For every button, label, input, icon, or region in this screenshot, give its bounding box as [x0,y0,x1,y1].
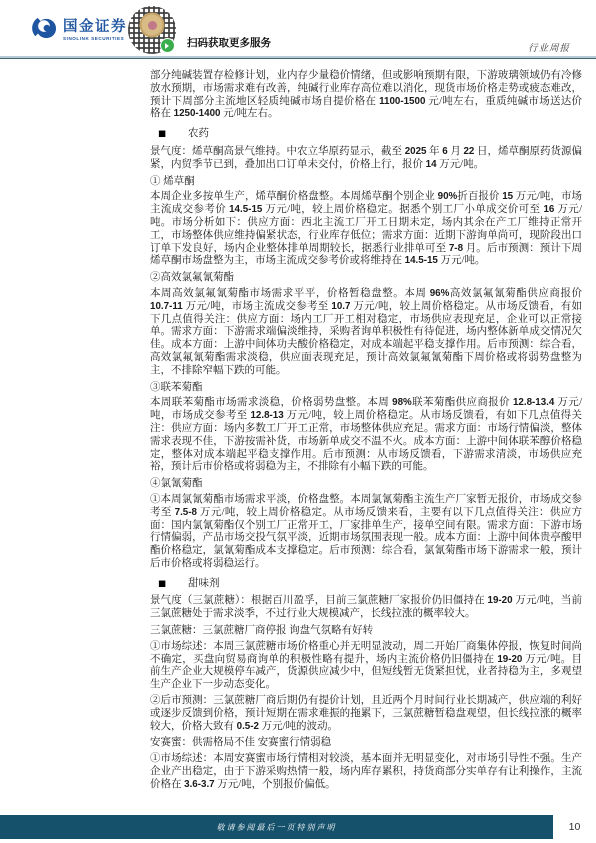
sinolink-logo-icon [30,15,57,47]
report-paragraph: 景气度：烯草酮高景气维持。中农立华原药显示，截至 2025 年 6 月 22 日… [150,146,582,172]
report-paragraph: 本周高效氯氟氰菊酯市场需求平平，价格暂稳盘整。本周 96%高效氯氟氰菊酯供应商报… [150,288,582,378]
report-paragraph: 景气度（三氯蔗糖）：根据百川盈孚，目前三氯蔗糖厂家报价仍旧僵持在 19-20 万… [150,595,582,621]
report-paragraph: 本周联苯菊酯市场需求淡稳，价格弱势盘整。本周 98%联苯菊酯供应商报价 12.8… [150,397,582,474]
disclaimer-text: 敬请参阅最后一页特别声明 [217,822,337,833]
report-body: 部分纯碱装置存检修计划，业内存少量稳价情绪，但或影响预期有限，下游玻璃领域仍有冷… [150,70,582,795]
report-paragraph: ①市场综述：本周三氯蔗糖市场价格重心并无明显波动，周二开始厂商集体停报，恢复时间… [150,641,582,692]
subsection-heading: ②高效氯氟氰菊酯 [150,272,582,285]
report-paragraph: ①本周氯氰菊酯市场需求平淡，价格盘整。本周氯氰菊酯主流生产厂家暂无报价，市场成交… [150,494,582,571]
brand-name-en: SINOLINK SECURITIES [63,37,127,42]
report-paragraph: ①市场综述：本周安赛蜜市场行情相对较淡，基本面并无明显变化，对市场引导性不强。生… [150,753,582,791]
brand-name-cn: 国金证券 [63,20,127,35]
report-paragraph: ②后市预测：三氯蔗糖厂商后期仍有提价计划，且近两个月时间行业长期减产，供应端的利… [150,695,582,733]
report-paragraph: 部分纯碱装置存检修计划，业内存少量稳价情绪，但或影响预期有限，下游玻璃领域仍有冷… [150,70,582,121]
bullet-square-icon: ■ [158,129,166,139]
section-heading-pesticides: ■农药 [150,128,582,141]
report-page: 国金证券 SINOLINK SECURITIES 扫码获取更多服务 行业周报 部… [0,0,596,843]
bullet-square-icon: ■ [158,579,166,589]
page-number: 10 [553,815,596,839]
report-header: 国金证券 SINOLINK SECURITIES 扫码获取更多服务 行业周报 [0,0,596,56]
disclaimer-bar: 敬请参阅最后一页特别声明 [0,815,553,839]
section-title: 农药 [188,128,209,139]
page-footer: 敬请参阅最后一页特别声明 10 [0,815,596,839]
subsection-heading: 安赛蜜：供需格局不佳 安赛蜜行情弱稳 [150,737,582,750]
brand-text: 国金证券 SINOLINK SECURITIES [63,20,127,42]
gold-seal-icon [140,13,165,38]
qr-code-icon [128,6,176,54]
section-heading-sweeteners: ■甜味剂 [150,578,582,591]
subsection-heading: 三氯蔗糖：三氯蔗糖厂商停报 询盘气氛略有好转 [150,625,582,638]
subsection-heading: ① 烯草酮 [150,176,582,189]
subsection-heading: ④氯氰菊酯 [150,478,582,491]
subsection-heading: ③联苯菊酯 [150,382,582,395]
report-type-label: 行业周报 [528,40,570,54]
wechat-badge-icon [160,38,175,53]
header-divider [0,56,596,59]
brand-block: 国金证券 SINOLINK SECURITIES [30,15,127,47]
section-title: 甜味剂 [188,578,220,589]
report-paragraph: 本周企业多按单生产，烯草酮价格盘整。本周烯草酮个别企业 90%折百报价 15 万… [150,191,582,268]
qr-caption: 扫码获取更多服务 [187,35,271,50]
